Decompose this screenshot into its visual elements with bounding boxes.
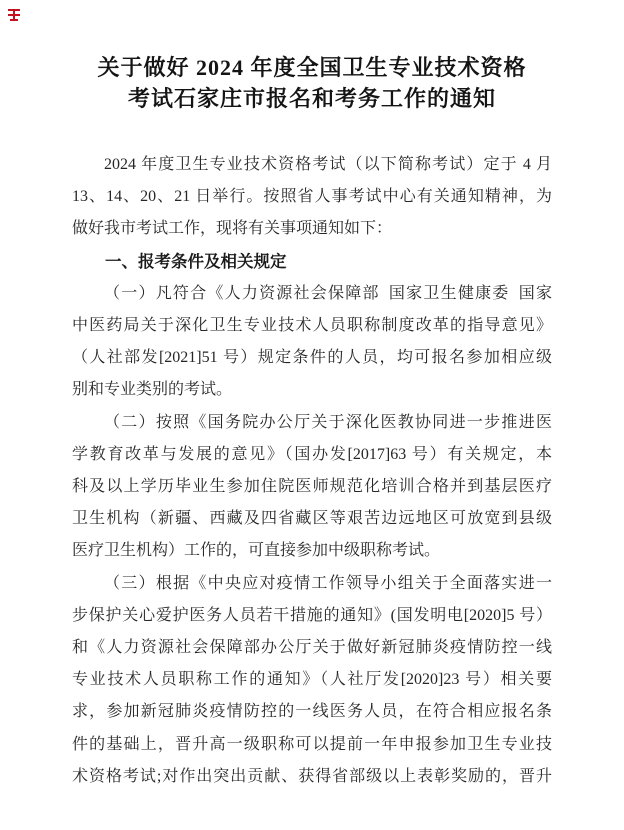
text-line: 学教育改革与发展的意见》（国办发[2017]63 号）有关规定，本 (72, 439, 552, 471)
title-line-1: 关于做好 2024 年度全国卫生专业技术资格 (0, 52, 624, 83)
text-line: 卫生机构（新疆、西藏及四省藏区等艰苦边远地区可放宽到县级 (72, 503, 552, 535)
text-line: 求，参加新冠肺炎疫情防控的一线医务人员，在符合相应报名条 (72, 696, 552, 728)
text-line: 科及以上学历毕业生参加住院医师规范化培训合格并到基层医疗 (72, 471, 552, 503)
text-line: （人社部发[2021]51 号）规定条件的人员，均可报名参加相应级 (72, 342, 552, 374)
title-line-2: 考试石家庄市报名和考务工作的通知 (0, 83, 624, 114)
text-line: 专业技术人员职称工作的通知》（人社厅发[2020]23 号）相关要 (72, 664, 552, 696)
text-line: 中医药局关于深化卫生专业技术人员职称制度改革的指导意见》 (72, 310, 552, 342)
text-line: 做好我市考试工作，现将有关事项通知如下： (72, 213, 552, 245)
text-line: （三）根据《中央应对疫情工作领导小组关于全面落实进一 (72, 568, 552, 600)
section-heading: 一、报考条件及相关规定 (72, 246, 552, 278)
document-page: 关于做好 2024 年度全国卫生专业技术资格 考试石家庄市报名和考务工作的通知 … (0, 0, 624, 830)
red-stamp-icon (7, 7, 21, 23)
text-line: 步保护关心爱护医务人员若干措施的通知》(国发明电[2020]5 号） (72, 600, 552, 632)
text-line: 和《人力资源社会保障部办公厅关于做好新冠肺炎疫情防控一线 (72, 632, 552, 664)
text-line: 术资格考试;对作出突出贡献、获得省部级以上表彰奖励的，晋升 (72, 761, 552, 793)
text-line: 13、14、20、21 日举行。按照省人事考试中心有关通知精神，为 (72, 181, 552, 213)
text-line: 件的基础上，晋升高一级职称可以提前一年申报参加卫生专业技 (72, 729, 552, 761)
text-line: （二）按照《国务院办公厅关于深化医教协同进一步推进医 (72, 407, 552, 439)
text-line: 2024 年度卫生专业技术资格考试（以下简称考试）定于 4 月 (72, 149, 552, 181)
text-line: （一）凡符合《人力资源社会保障部 国家卫生健康委 国家 (72, 278, 552, 310)
text-line: 别和专业类别的考试。 (72, 374, 552, 406)
document-body: 2024 年度卫生专业技术资格考试（以下简称考试）定于 4 月13、14、20、… (72, 149, 552, 793)
document-title: 关于做好 2024 年度全国卫生专业技术资格 考试石家庄市报名和考务工作的通知 (0, 52, 624, 114)
text-line: 医疗卫生机构）工作的，可直接参加中级职称考试。 (72, 535, 552, 567)
